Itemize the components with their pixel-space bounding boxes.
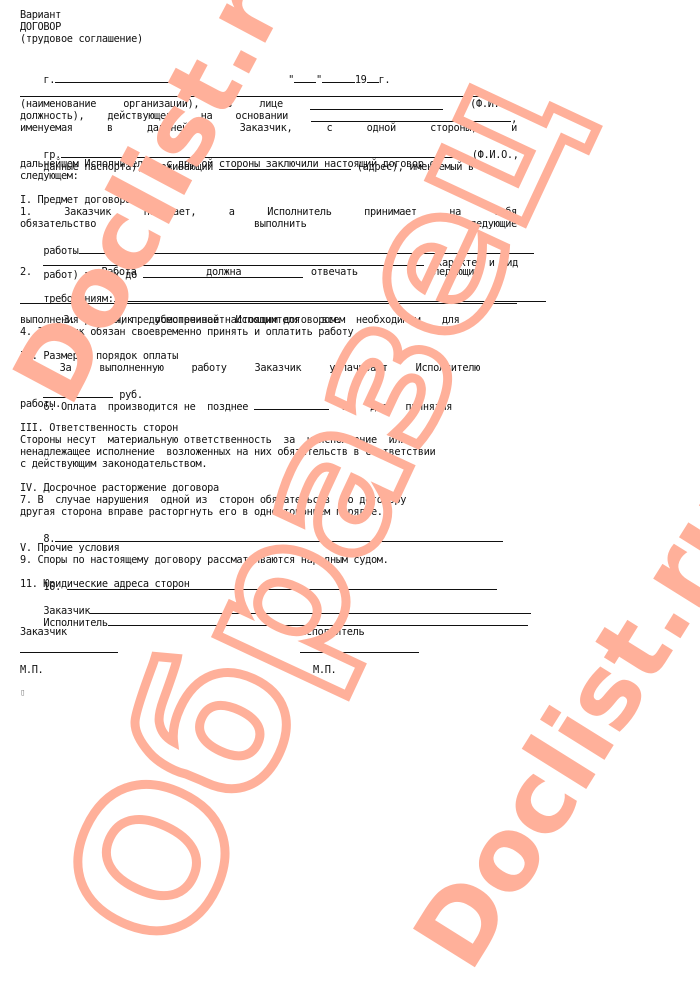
representative-field[interactable] [310,99,443,110]
text: на [449,207,461,219]
text: а [229,207,235,219]
clause-11: 11. Юридические адреса сторон [20,579,190,591]
customer-signature-label: Заказчик [20,627,67,639]
preamble-line-7: следующем: [20,171,79,183]
clause-6-line-1: 6. Оплата производится не позднее со дня… [20,387,452,399]
text: (Ф.И.О., [472,149,519,161]
clause-1-line-3: работы [20,231,534,243]
month-field[interactable] [322,72,355,83]
day-field[interactable] [294,72,316,83]
requirements-field[interactable] [114,291,546,302]
customer-address-line: Заказчик [20,591,531,603]
clause-8-field[interactable] [55,531,503,542]
text: 2. [20,267,32,279]
text: именуемая [20,123,73,135]
text: работу [191,363,226,375]
city-prefix: г. [43,74,55,86]
text: выполненную [99,363,163,375]
text: поручает, [144,207,197,219]
text: стороны, [430,123,477,135]
clause-1-line-2: обязательство выполнить следующие [20,219,517,231]
document-subtitle: (трудовое соглашение) [20,34,143,46]
organization-name-field[interactable] [20,96,480,97]
text: одной [367,123,396,135]
text: принимает [364,207,417,219]
preamble-line-4: гр. (Ф.И.О., [20,135,519,147]
clause-7-line-2: другая сторона вправе расторгнуть его в … [20,507,383,519]
clause-5-line-2: руб. [20,375,143,387]
text: Заказчик [254,363,301,375]
clause-8: 8. [20,519,503,531]
text: выполнить [254,219,307,231]
text: (Ф.И.О., [470,99,517,111]
contractor-signature-field[interactable] [300,652,419,653]
city-date-line: г.""19г. [20,60,390,72]
text: для [442,314,460,326]
preamble-line-3: именуемая в дальнейшем Заказчик, с одной… [20,123,517,135]
year-prefix: 19 [355,74,367,86]
text: и [511,123,517,135]
clause-2-line-2: требованиям: [20,279,546,291]
text: отвечать [311,267,358,279]
text: следующие [464,219,517,231]
clause-1-line-4: (характер и вид [20,243,518,255]
year-suffix: г. [379,74,391,86]
text: Заказчик, [240,123,293,135]
contractor-address-line: Исполнитель [20,603,528,615]
text: с [327,123,333,135]
clause-4: 4. Заказчик обязан своевременно принять … [20,327,359,339]
contractor-address-field[interactable] [108,615,528,626]
clause-2-line-1: 2. Работа должна отвечать следующим [20,267,480,279]
text: 6. Оплата производится не позднее [43,401,248,413]
clause-6-line-2: работы. [20,399,61,411]
text: следующим [427,267,480,279]
customer-stamp: М.П. [20,665,43,677]
preamble-line-6: дальнейшем Исполнитель, с другой стороны… [20,159,435,171]
text: За [60,363,72,375]
missing-glyph-icon: ▯ [20,688,25,700]
text: необходимым [356,314,420,326]
text: в [107,123,113,135]
text: в [226,99,232,111]
contractor-signature-label: Исполнитель [300,627,364,639]
section-3-line-3: с действующим законодательством. [20,459,207,471]
text: должна [206,267,241,279]
basis-field[interactable] [311,111,511,122]
text: со дня принятия [341,401,452,413]
city-field[interactable] [55,72,188,83]
clause-5-line-1: 5. За выполненную работу Заказчик уплачи… [20,363,480,375]
text: Исполнителю [416,363,480,375]
text: дальнейшем [147,123,206,135]
payment-term-field[interactable] [254,399,329,410]
customer-signature-field[interactable] [20,652,118,653]
text: обязательство [20,219,96,231]
text: Работа [101,267,136,279]
contractor-stamp: М.П. [313,665,336,677]
text: уплачивает [329,363,388,375]
year-field[interactable] [367,72,379,83]
text: 5. [20,363,32,375]
clause-9: 9. Споры по настоящему договору рассматр… [20,555,389,567]
clause-1-line-5: работ) в срок до [20,255,303,267]
